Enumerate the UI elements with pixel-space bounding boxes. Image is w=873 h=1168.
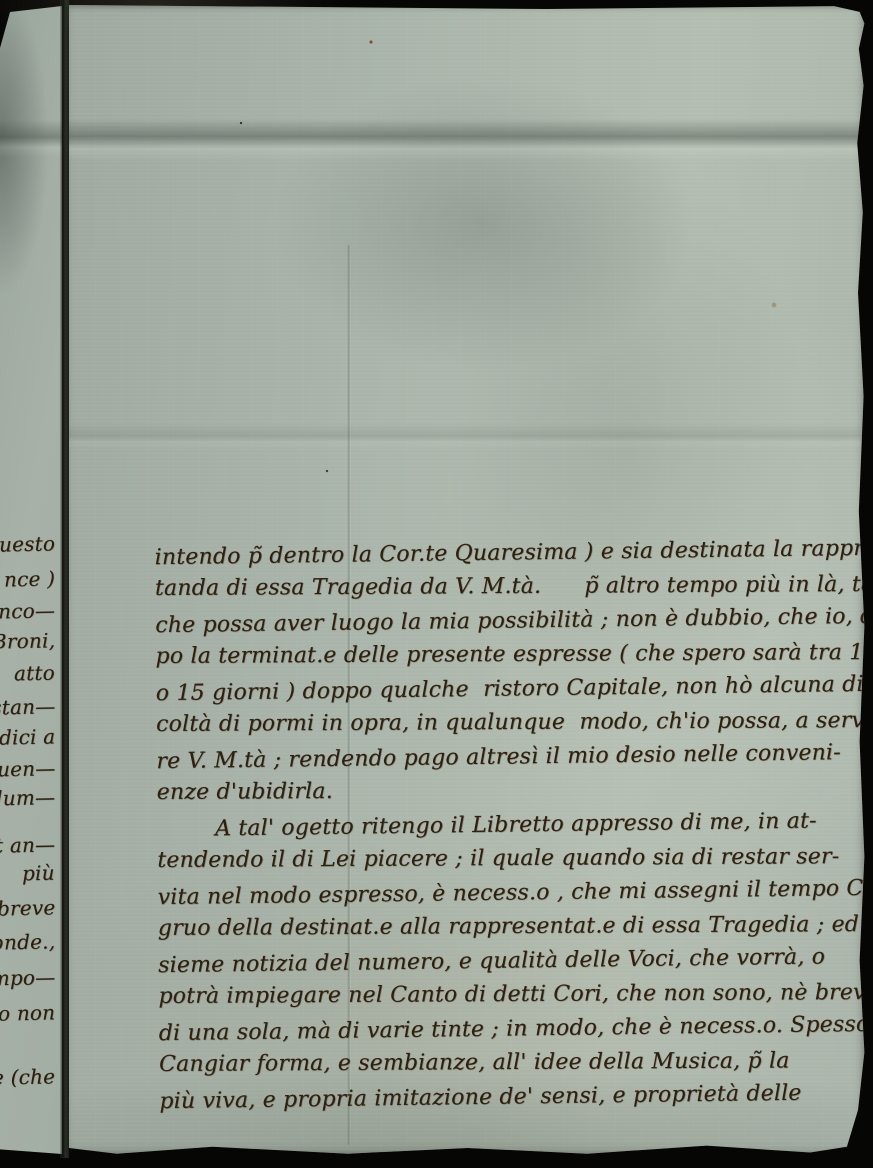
left-page-edge: uesto nce ) anco— Broni, atto ostan— dic… xyxy=(0,4,62,1154)
left-page-text-fragment: uesto xyxy=(0,531,55,556)
manuscript-scan-background: uesto nce ) anco— Broni, atto ostan— dic… xyxy=(0,0,873,1168)
manuscript-line: più viva, e propria imitazione de' sensi… xyxy=(159,1076,873,1119)
left-page-text-fragment: Broni, xyxy=(0,628,55,653)
fold-crease xyxy=(0,120,62,158)
fold-crease xyxy=(69,119,866,161)
left-page-text-fragment: più xyxy=(22,861,55,886)
letter-text-block: intendo p̃ dentro la Cor.te Quaresima ) … xyxy=(154,533,873,1117)
left-page-text-fragment: o non xyxy=(0,1000,55,1025)
left-page-text-fragment: nce ) xyxy=(4,566,56,591)
left-page-text-fragment: l. dum— xyxy=(0,785,55,811)
letter-page: intendo p̃ dentro la Cor.te Quaresima ) … xyxy=(69,5,866,1156)
page-gutter-shadow xyxy=(60,0,69,1158)
left-page-text-fragment: e (che xyxy=(0,1064,55,1089)
left-page-text-fragment: bnde., xyxy=(0,929,55,954)
left-page-text-fragment: Compo— xyxy=(0,965,55,991)
left-page-text-fragment: dici a xyxy=(0,724,55,749)
left-page-text-fragment: ostan— xyxy=(0,694,55,720)
left-page-text-fragment: atto xyxy=(14,661,55,686)
left-page-text-fragment: breve xyxy=(0,895,55,920)
left-page-text-fragment: eguen— xyxy=(0,756,55,782)
fold-crease-faint xyxy=(69,423,866,449)
left-page-text-fragment: anco— xyxy=(0,598,55,623)
left-page-text-fragment: t an— xyxy=(0,832,55,857)
